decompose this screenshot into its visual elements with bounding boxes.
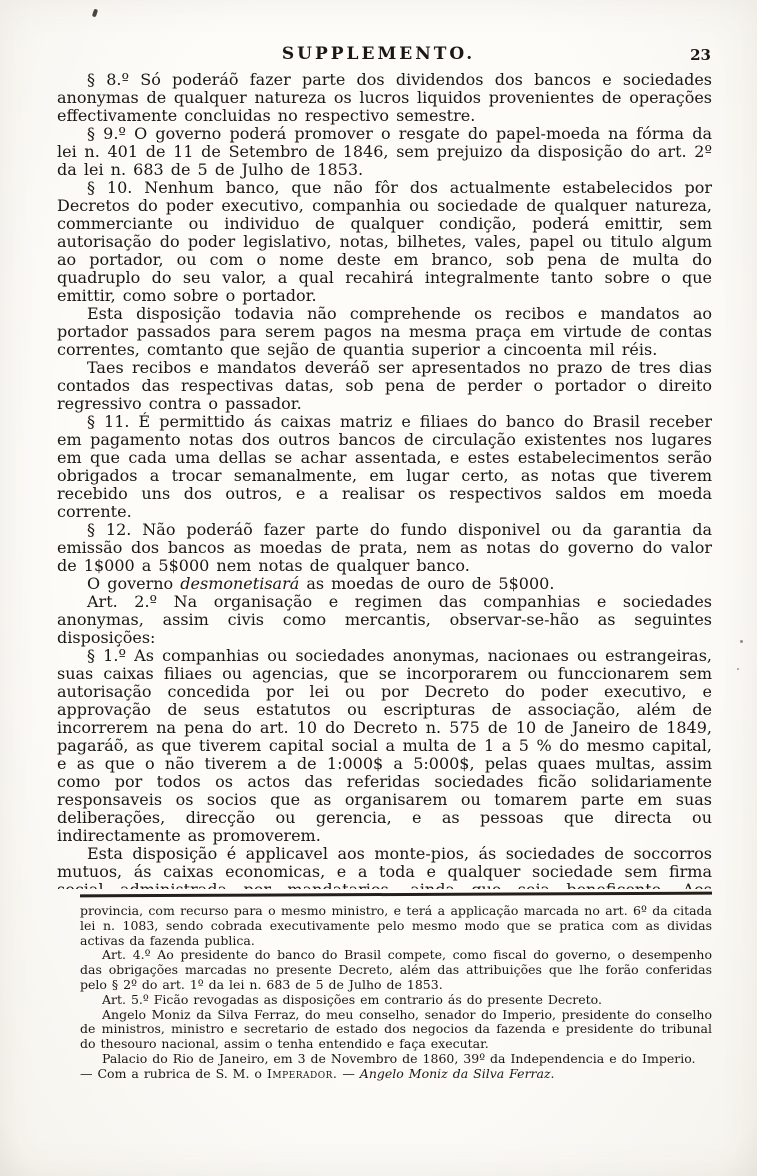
footnote-art-5: Art. 5.º Ficão revogadas as disposições … xyxy=(80,993,712,1008)
text-segment: — xyxy=(337,1066,359,1081)
footnote-signature: — Com a rubrica de S. M. o Imperador. — … xyxy=(80,1067,712,1082)
text-segment: O governo xyxy=(87,574,180,593)
text-segment: — Com a rubrica de S. M. o xyxy=(80,1066,267,1081)
paragraph-applicavel: Esta disposição é applicavel aos monte-p… xyxy=(57,845,712,889)
italic-word: desmonetisará xyxy=(180,574,299,593)
footnote-art-4: Art. 4.º Ao presidente do banco do Brasi… xyxy=(80,948,712,992)
paragraph-sec-9: § 9.º O governo poderá promover o resgat… xyxy=(57,125,712,179)
footnote-minister: Angelo Moniz da Silva Ferraz, do meu con… xyxy=(80,1008,712,1052)
page-title: SUPPLEMENTO. xyxy=(0,44,757,64)
ink-speck xyxy=(92,9,98,18)
footnote: provincia, com recurso para o mesmo mini… xyxy=(80,904,712,1082)
paragraph-sec-10: § 10. Nenhum banco, que não fôr dos actu… xyxy=(57,179,712,305)
paragraph-sec-10-prazo: Taes recibos e mandatos deveráõ ser apre… xyxy=(57,359,712,413)
footnote-continuation: provincia, com recurso para o mesmo mini… xyxy=(80,904,712,948)
page-number: 23 xyxy=(690,46,711,64)
text-segment: as moedas de ouro de 5$000. xyxy=(299,574,554,593)
document-page: SUPPLEMENTO. 23 § 8.º Só poderáõ fazer p… xyxy=(0,0,757,1176)
paragraph-sec-11: § 11. É permittido ás caixas matriz e fi… xyxy=(57,413,712,521)
emperor-smallcaps: Imperador. xyxy=(267,1066,337,1081)
paragraph-sec-12: § 12. Não poderáõ fazer parte do fundo d… xyxy=(57,521,712,575)
paragraph-art-2: Art. 2.º Na organisação e regimen das co… xyxy=(57,593,712,647)
paragraph-desmonetisara: O governo desmonetisará as moedas de our… xyxy=(57,575,712,593)
body-text: § 8.º Só poderáõ fazer parte dos dividen… xyxy=(57,71,712,889)
ink-speck xyxy=(740,640,743,643)
ink-speck xyxy=(737,668,739,670)
paragraph-sec-8: § 8.º Só poderáõ fazer parte dos dividen… xyxy=(57,71,712,125)
paragraph-sec-1: § 1.º As companhias ou sociedades anonym… xyxy=(57,647,712,845)
paragraph-sec-10-recibos: Esta disposição todavia não comprehende … xyxy=(57,305,712,359)
signature-name: Angelo Moniz da Silva Ferraz. xyxy=(360,1066,555,1081)
footnote-palace-date: Palacio do Rio de Janeiro, em 3 de Novem… xyxy=(80,1052,712,1067)
footnote-separator xyxy=(80,892,712,898)
